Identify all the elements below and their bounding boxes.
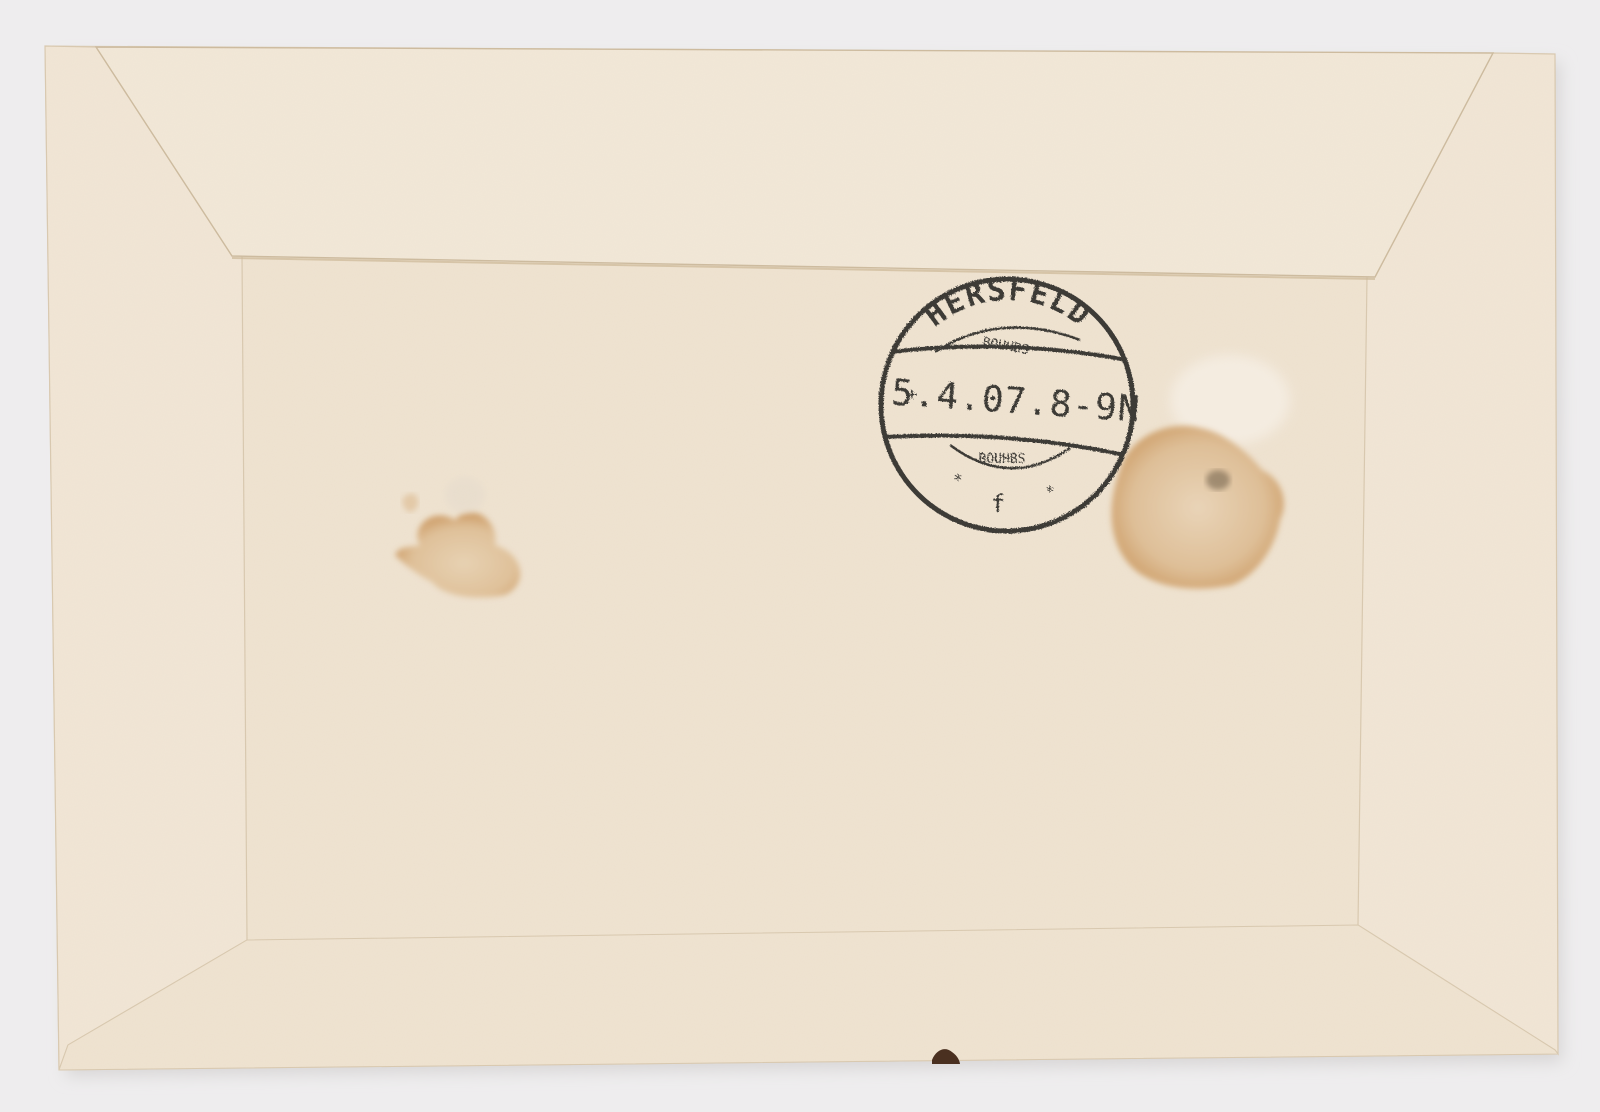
postmark-date-lead-star: +	[907, 384, 918, 405]
postmark-lower-ornament: BOUHBS	[979, 452, 1026, 467]
paper-grain	[45, 46, 1558, 1070]
postmark-star-left: *	[953, 470, 963, 489]
postmark-star-right: *	[1045, 482, 1055, 501]
postmark-bottom-mark: f	[991, 490, 1005, 518]
envelope-photo: HERSFELD BOUHBS 5.4.07.8-9N + BOUHBS * f…	[0, 0, 1600, 1112]
envelope-svg: HERSFELD BOUHBS 5.4.07.8-9N + BOUHBS * f…	[0, 0, 1600, 1112]
